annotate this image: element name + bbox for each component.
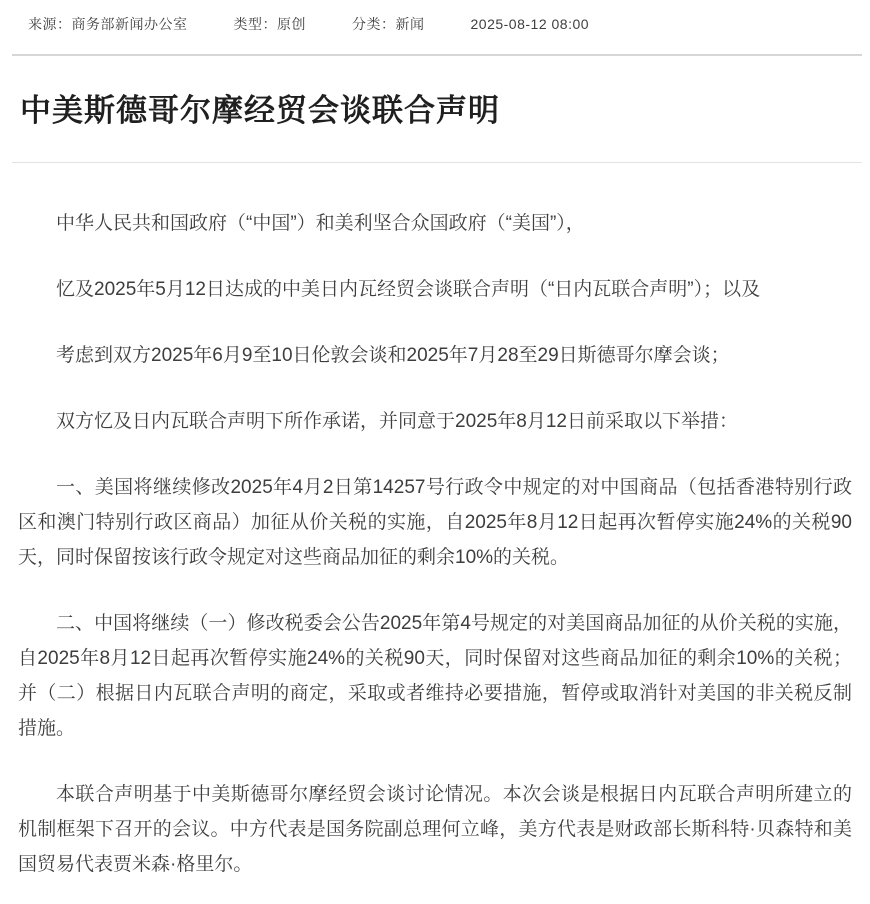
- meta-bar: 来源：商务部新闻办公室 类型：原创 分类：新闻 2025-08-12 08:00: [0, 0, 870, 34]
- paragraph: 考虑到双方2025年6月9至10日伦敦会谈和2025年7月28至29日斯德哥尔摩…: [18, 338, 852, 373]
- paragraph: 二、中国将继续（一）修改税委会公告2025年第4号规定的对美国商品加征的从价关税…: [18, 606, 852, 746]
- top-divider: [12, 54, 862, 56]
- meta-datetime: 2025-08-12 08:00: [471, 16, 590, 32]
- paragraph: 忆及2025年5月12日达成的中美日内瓦经贸会谈联合声明（“日内瓦联合声明”）；…: [18, 272, 852, 307]
- meta-category: 分类：新闻: [352, 14, 425, 34]
- page-title: 中美斯德哥尔摩经贸会谈联合声明: [20, 92, 850, 131]
- article-body: 中华人民共和国政府（“中国”）和美利坚合众国政府（“美国”）， 忆及2025年5…: [0, 163, 870, 904]
- paragraph: 双方忆及日内瓦联合声明下所作承诺，并同意于2025年8月12日前采取以下举措：: [18, 404, 852, 439]
- meta-source: 来源：商务部新闻办公室: [28, 14, 188, 34]
- paragraph: 一、美国将继续修改2025年4月2日第14257号行政令中规定的对中国商品（包括…: [18, 470, 852, 575]
- paragraph: 本联合声明基于中美斯德哥尔摩经贸会谈讨论情况。本次会谈是根据日内瓦联合声明所建立…: [18, 777, 852, 882]
- meta-type: 类型：原创: [234, 14, 307, 34]
- paragraph: 中华人民共和国政府（“中国”）和美利坚合众国政府（“美国”），: [18, 206, 852, 241]
- article-page: 来源：商务部新闻办公室 类型：原创 分类：新闻 2025-08-12 08:00…: [0, 0, 870, 904]
